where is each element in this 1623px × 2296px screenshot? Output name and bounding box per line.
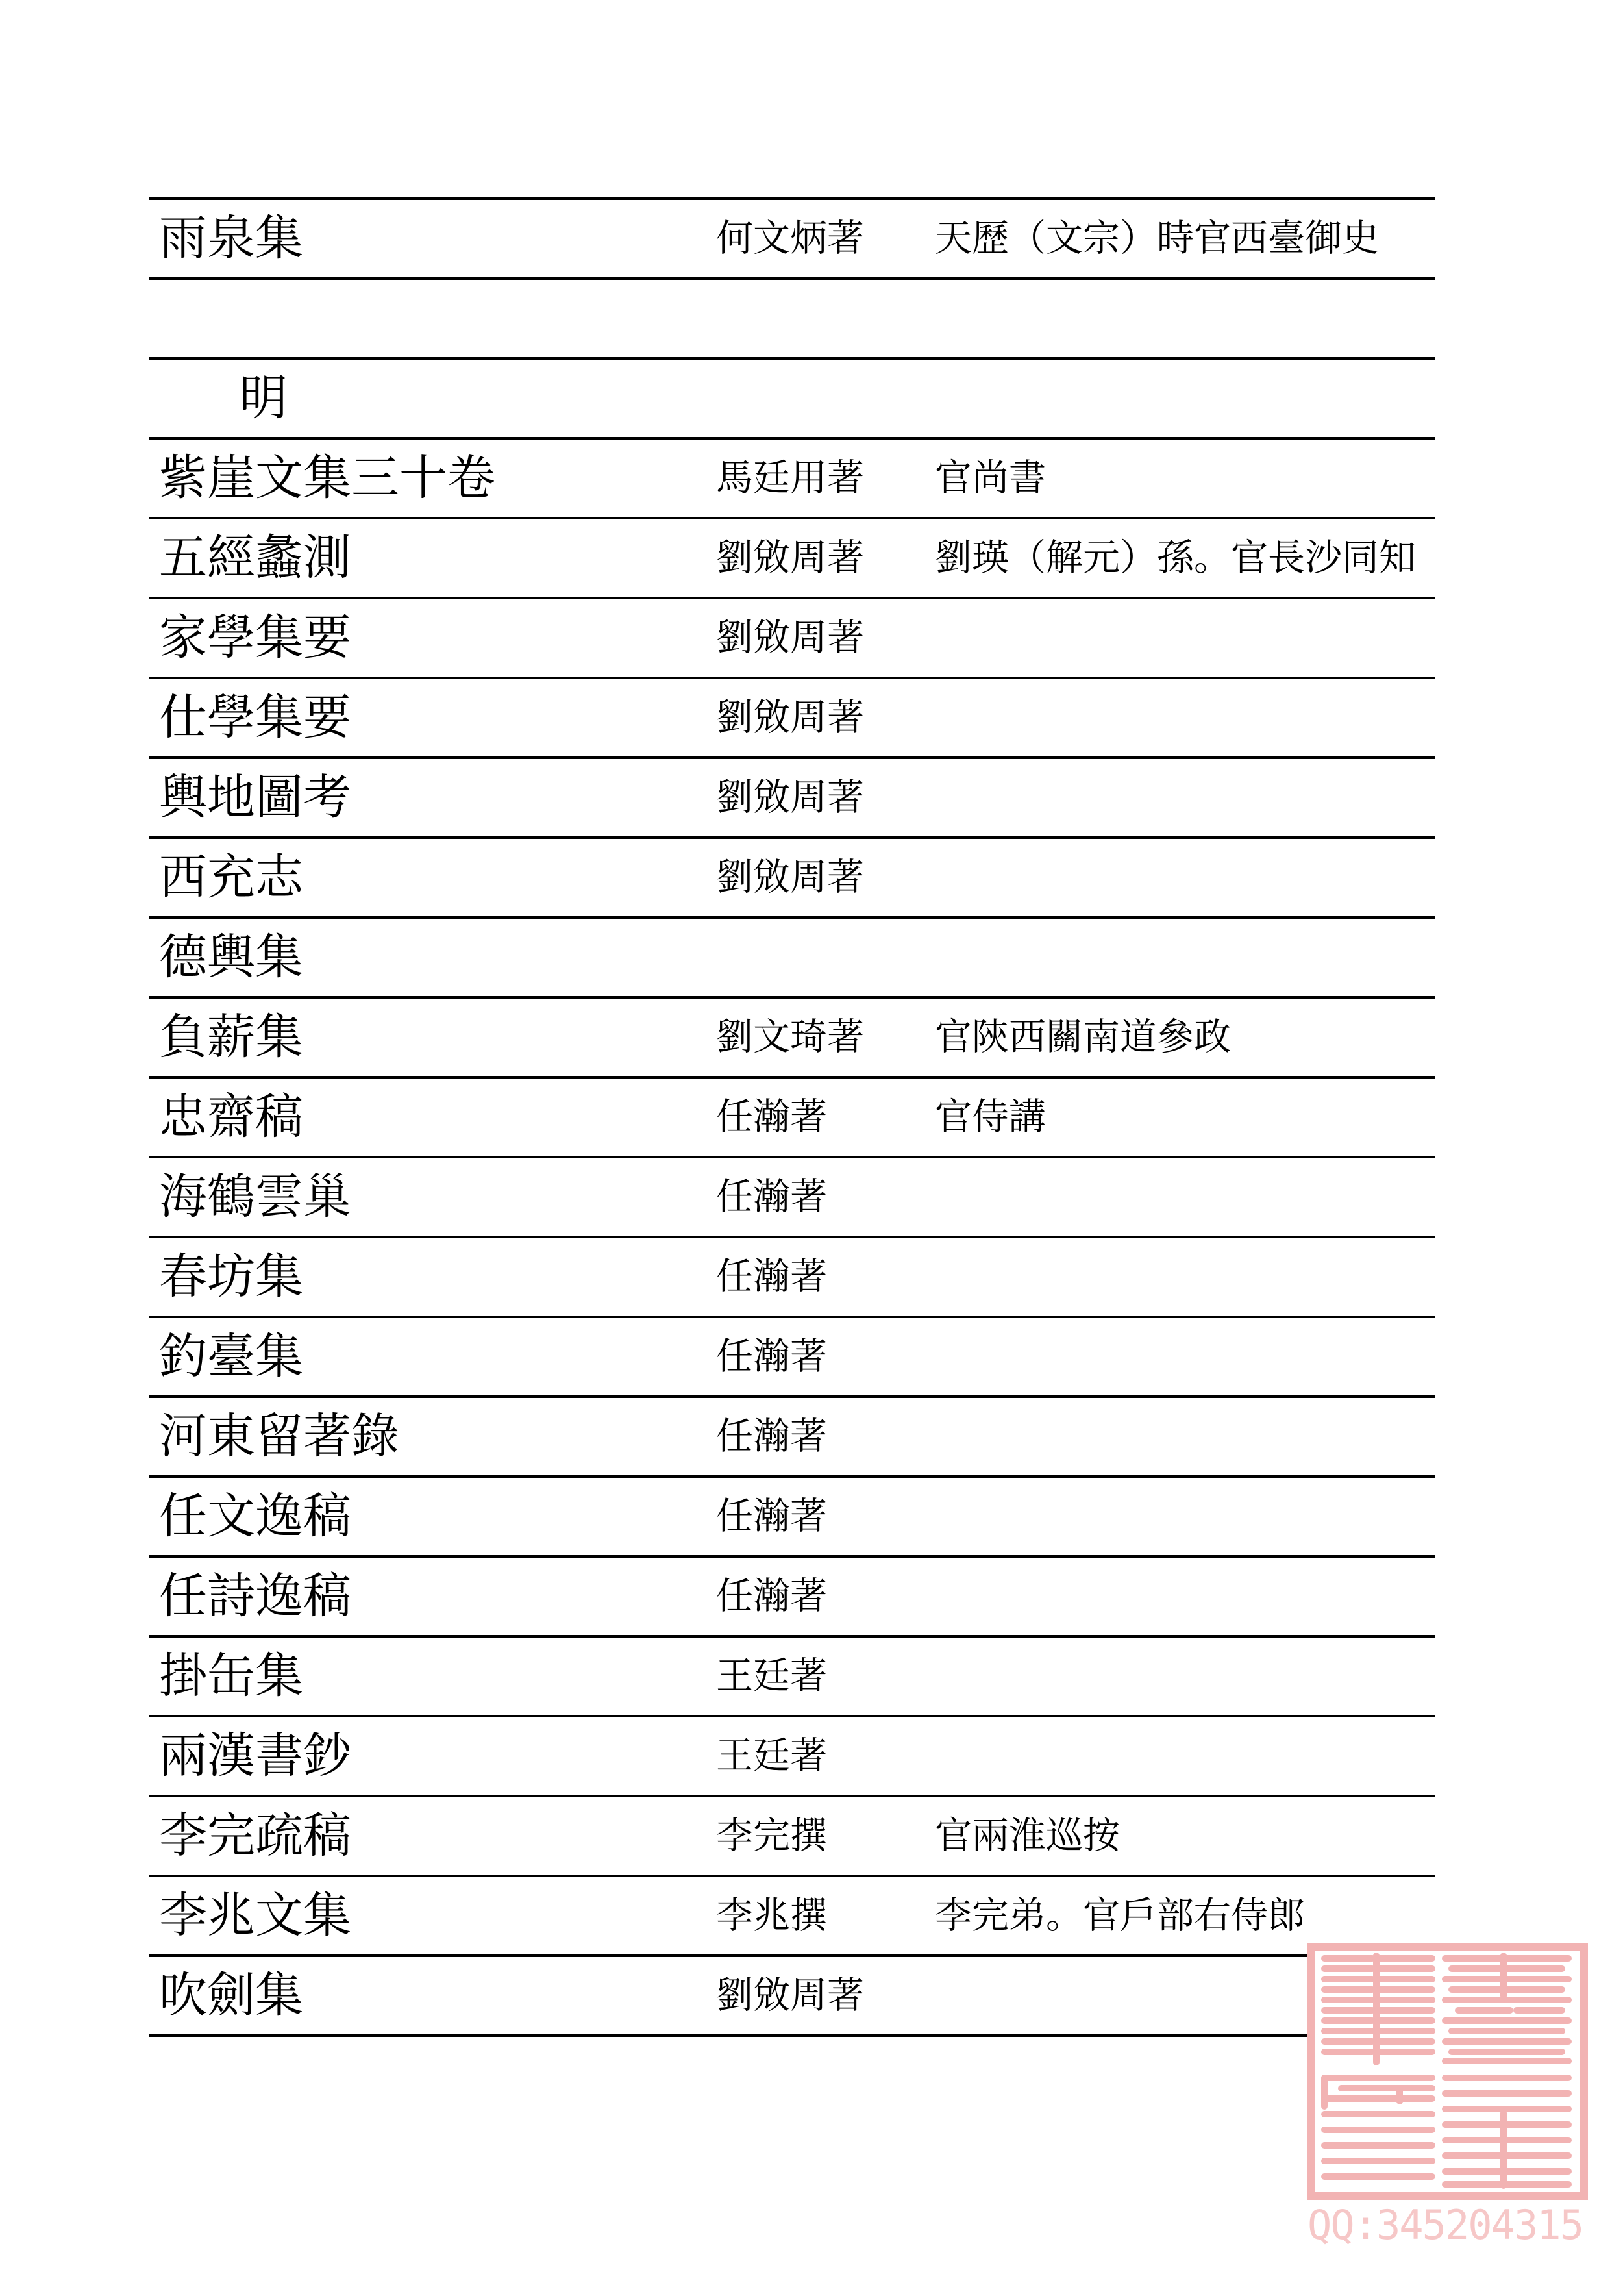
book-title: 李兆文集: [159, 1877, 351, 1954]
table-row: 西充志 劉敓周著: [149, 839, 1435, 919]
table-row: 德輿集: [149, 919, 1435, 999]
book-title: 家學集要: [159, 599, 351, 677]
table-row: 五經蠡測 劉敓周著 劉瑛（解元）孫。官長沙同知: [149, 519, 1435, 599]
book-title: 李完疏稿: [159, 1797, 351, 1875]
seal-stamp-icon: [1307, 1943, 1588, 2200]
book-title: 五經蠡測: [159, 519, 351, 597]
book-author: 劉敓周著: [716, 759, 864, 836]
table-row-blank: [149, 280, 1435, 360]
book-title: 紫崖文集三十卷: [159, 440, 495, 517]
book-note: 天歷（文宗）時官西臺御史: [935, 200, 1379, 277]
table-row: 紫崖文集三十卷 馬廷用著 官尚書: [149, 440, 1435, 519]
table-row: 海鶴雲巢 任瀚著: [149, 1158, 1435, 1238]
book-title: 仕學集要: [159, 679, 351, 756]
book-note: 李完弟。官戶部右侍郎: [935, 1877, 1305, 1954]
table-row: 兩漢書鈔 王廷著: [149, 1717, 1435, 1797]
book-author: 劉敓周著: [716, 1957, 864, 2034]
table-row: 輿地圖考 劉敓周著: [149, 759, 1435, 839]
book-author: 任瀚著: [716, 1079, 827, 1156]
book-title: 任文逸稿: [159, 1478, 351, 1555]
table-row: 負薪集 劉文琦著 官陝西關南道參政: [149, 999, 1435, 1079]
book-title: 西充志: [159, 839, 303, 916]
book-author: 劉敓周著: [716, 519, 864, 597]
book-title: 雨泉集: [159, 200, 303, 277]
book-author: 劉文琦著: [716, 999, 864, 1076]
table-row: 任文逸稿 任瀚著: [149, 1478, 1435, 1558]
book-author: 李完撰: [716, 1797, 827, 1875]
table-row: 忠齋稿 任瀚著 官侍講: [149, 1079, 1435, 1158]
book-author: 劉敓周著: [716, 679, 864, 756]
table-row: 任詩逸稿 任瀚著: [149, 1558, 1435, 1638]
book-author: 任瀚著: [716, 1318, 827, 1395]
table-row: 吹劍集 劉敓周著: [149, 1957, 1435, 2037]
watermark-text: QQ:345204315: [1307, 2202, 1583, 2248]
book-title: 掛缶集: [159, 1638, 303, 1715]
table-row: 雨泉集 何文炳著 天歷（文宗）時官西臺御史: [149, 200, 1435, 280]
book-title: 任詩逸稿: [159, 1558, 351, 1635]
bibliography-table: 雨泉集 何文炳著 天歷（文宗）時官西臺御史 明 紫崖文集三十卷 馬廷用著 官尚書…: [149, 197, 1435, 2037]
book-author: 任瀚著: [716, 1158, 827, 1236]
table-row: 李完疏稿 李完撰 官兩淮巡按: [149, 1797, 1435, 1877]
book-author: 任瀚著: [716, 1478, 827, 1555]
book-author: 劉敓周著: [716, 599, 864, 677]
book-title: 兩漢書鈔: [159, 1717, 351, 1795]
book-author: 何文炳著: [716, 200, 864, 277]
era-heading-row: 明: [149, 360, 1435, 440]
book-author: 李兆撰: [716, 1877, 827, 1954]
book-note: 官侍講: [935, 1079, 1046, 1156]
table-row: 掛缶集 王廷著: [149, 1638, 1435, 1717]
book-author: 馬廷用著: [716, 440, 864, 517]
book-title: 釣臺集: [159, 1318, 303, 1395]
book-title: 春坊集: [159, 1238, 303, 1316]
book-title: 海鶴雲巢: [159, 1158, 351, 1236]
table-row: 仕學集要 劉敓周著: [149, 679, 1435, 759]
book-title: 吹劍集: [159, 1957, 303, 2034]
book-note: 官兩淮巡按: [935, 1797, 1120, 1875]
book-author: 劉敓周著: [716, 839, 864, 916]
table-row: 釣臺集 任瀚著: [149, 1318, 1435, 1398]
book-author: 王廷著: [716, 1717, 827, 1795]
document-page: 雨泉集 何文炳著 天歷（文宗）時官西臺御史 明 紫崖文集三十卷 馬廷用著 官尚書…: [0, 0, 1623, 2296]
book-author: 任瀚著: [716, 1238, 827, 1316]
book-note: 官尚書: [935, 440, 1046, 517]
table-row: 李兆文集 李兆撰 李完弟。官戶部右侍郎: [149, 1877, 1435, 1957]
table-row: 河東留著錄 任瀚著: [149, 1398, 1435, 1478]
book-author: 王廷著: [716, 1638, 827, 1715]
book-note: 官陝西關南道參政: [935, 999, 1231, 1076]
book-title: 河東留著錄: [159, 1398, 399, 1475]
book-title: 輿地圖考: [159, 759, 351, 836]
book-title: 忠齋稿: [159, 1079, 303, 1156]
book-title: 德輿集: [159, 919, 303, 996]
book-author: 任瀚著: [716, 1558, 827, 1635]
book-note: 劉瑛（解元）孫。官長沙同知: [935, 519, 1416, 597]
table-row: 家學集要 劉敓周著: [149, 599, 1435, 679]
table-row: 春坊集 任瀚著: [149, 1238, 1435, 1318]
era-heading: 明: [240, 360, 288, 437]
book-author: 任瀚著: [716, 1398, 827, 1475]
book-title: 負薪集: [159, 999, 303, 1076]
